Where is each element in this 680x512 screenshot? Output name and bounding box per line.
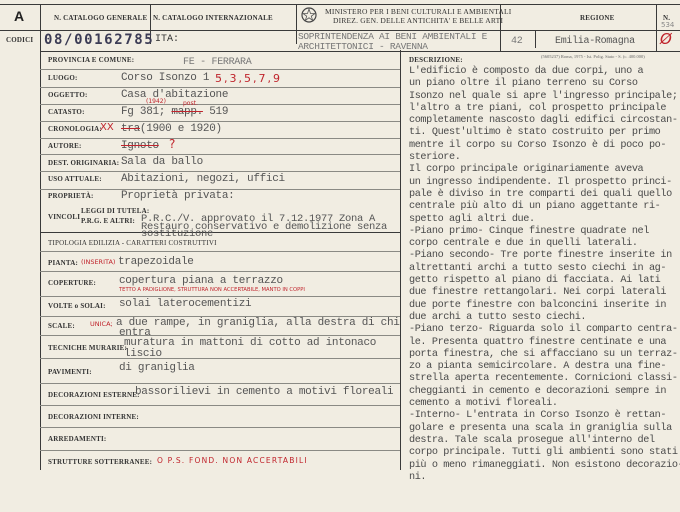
catasto-mappale: 519 xyxy=(209,106,228,118)
cronologia-hand: XX xyxy=(100,122,114,133)
cronologia-struck: tra xyxy=(121,123,140,135)
codici-label: CODICI xyxy=(6,36,33,44)
scale-label: SCALE: xyxy=(48,322,75,330)
pavimenti-value: di graniglia xyxy=(119,362,195,374)
dest-originaria-label: DEST. ORIGINARIA: xyxy=(48,159,119,167)
cat-generale-value: 08/00162785 xyxy=(44,32,154,48)
tecniche-value-line2: liscio xyxy=(124,348,162,360)
emblem-icon xyxy=(300,6,318,24)
descrizione-text: L'edificio è composto da due corpi, uno … xyxy=(409,66,677,484)
decorazioni-interne-label: DECORAZIONI INTERNE: xyxy=(48,413,139,421)
luogo-hand: 5,3,5,7,9 xyxy=(215,72,282,85)
print-note: (5605237) Roma, 1975 - Ist. Polig. Stato… xyxy=(541,54,645,59)
oggetto-value: Casa d'abitazione xyxy=(121,89,228,101)
ministry-line1: MINISTERO PER I BENI CULTURALI E AMBIENT… xyxy=(325,7,511,16)
tipologia-label: TIPOLOGIA EDILIZIA - CARATTERI COSTRUTTI… xyxy=(48,239,217,247)
section-letter: A xyxy=(14,8,24,24)
pianta-value: trapezoidale xyxy=(118,256,194,268)
arredamenti-label: ARREDAMENTI: xyxy=(48,435,106,443)
leggi-tutela-label: LEGGI DI TUTELA: xyxy=(81,207,149,215)
coperture-label: COPERTURE: xyxy=(48,279,96,287)
cat-internazionale-value: ITA: xyxy=(155,34,179,45)
provincia-value: FE - FERRARA xyxy=(183,57,251,68)
catasto-label: CATASTO: xyxy=(48,108,85,116)
soprintendenza-line2: ARCHITETTONICI - RAVENNA xyxy=(298,41,428,52)
luogo-label: LUOGO: xyxy=(48,74,78,82)
coperture-value: copertura piana a terrazzo xyxy=(119,275,283,287)
strutture-sotterranee-hand: O P.S. FOND. NON ACCERTABILI xyxy=(157,456,308,465)
proprieta-value: Proprietà privata: xyxy=(121,190,234,202)
uso-attuale-value: Abitazioni, negozi, uffici xyxy=(121,173,285,185)
cat-generale-label: N. CATALOGO GENERALE xyxy=(54,14,147,22)
volte-label: VOLTE o SOLAI: xyxy=(48,302,106,310)
cronologia-label: CRONOLOGIA: xyxy=(48,125,102,133)
autore-hand: ? xyxy=(169,137,175,151)
autore-struck: Ignoto xyxy=(121,140,159,152)
regione-code: 42 xyxy=(511,36,522,47)
decorazioni-esterne-value: bassorilievi in cemento a motivi floreal… xyxy=(135,386,393,398)
scale-hand: UNICA; xyxy=(90,320,113,328)
catasto-struck: mapp. xyxy=(171,106,203,118)
luogo-value: Corso Isonzo 1 - xyxy=(121,72,222,84)
catasto-foglio: Fg 381; xyxy=(121,106,165,118)
pavimenti-label: PAVIMENTI: xyxy=(48,368,92,376)
n-value: 534 xyxy=(661,21,674,29)
autore-label: AUTORE: xyxy=(48,142,82,150)
provincia-label: PROVINCIA E COMUNE: xyxy=(48,56,134,64)
dest-originaria-value: Sala da ballo xyxy=(121,156,203,168)
catasto-hand-above: (1942) xyxy=(146,98,166,105)
volte-value: solai laterocementizi xyxy=(119,298,251,310)
decorazioni-esterne-label: DECORAZIONI ESTERNE: xyxy=(48,391,140,399)
cronologia-value: tra(1900 e 1920) xyxy=(121,123,222,135)
vincoli-label: VINCOLI xyxy=(48,213,80,221)
cat-internazionale-label: N. CATALOGO INTERNAZIONALE xyxy=(153,14,273,22)
strutture-sotterranee-label: STRUTTURE SOTTERRANEE: xyxy=(48,458,152,466)
ministry-line2: DIREZ. GEN. DELLE ANTICHITA' E BELLE ART… xyxy=(333,16,503,25)
pianta-hand: (INSERITA) xyxy=(81,258,115,266)
tecniche-label: TECNICHE MURARIE: xyxy=(48,344,127,352)
n-mark: Ø xyxy=(660,30,672,48)
pianta-label: PIANTA: xyxy=(48,259,78,267)
uso-attuale-label: USO ATTUALE: xyxy=(48,175,102,183)
oggetto-label: OGGETTO: xyxy=(48,91,88,99)
regione-value: Emilia-Romagna xyxy=(555,36,635,47)
coperture-hand: TETTO A PADIGLIONE, STRUTTURA NON ACCERT… xyxy=(119,287,305,293)
scale-value-line1: a due rampe, in graniglia, alla destra d… xyxy=(116,317,400,329)
catasto-value: Fg 381; mapp. 519 xyxy=(121,106,228,118)
prg-label: P.R.G. E ALTRI: xyxy=(81,217,135,225)
descrizione-label: DESCRIZIONE: xyxy=(409,56,463,64)
regione-label: REGIONE xyxy=(580,14,614,22)
cronologia-dates: (1900 e 1920) xyxy=(140,123,222,135)
proprieta-label: PROPRIETÀ: xyxy=(48,192,94,200)
